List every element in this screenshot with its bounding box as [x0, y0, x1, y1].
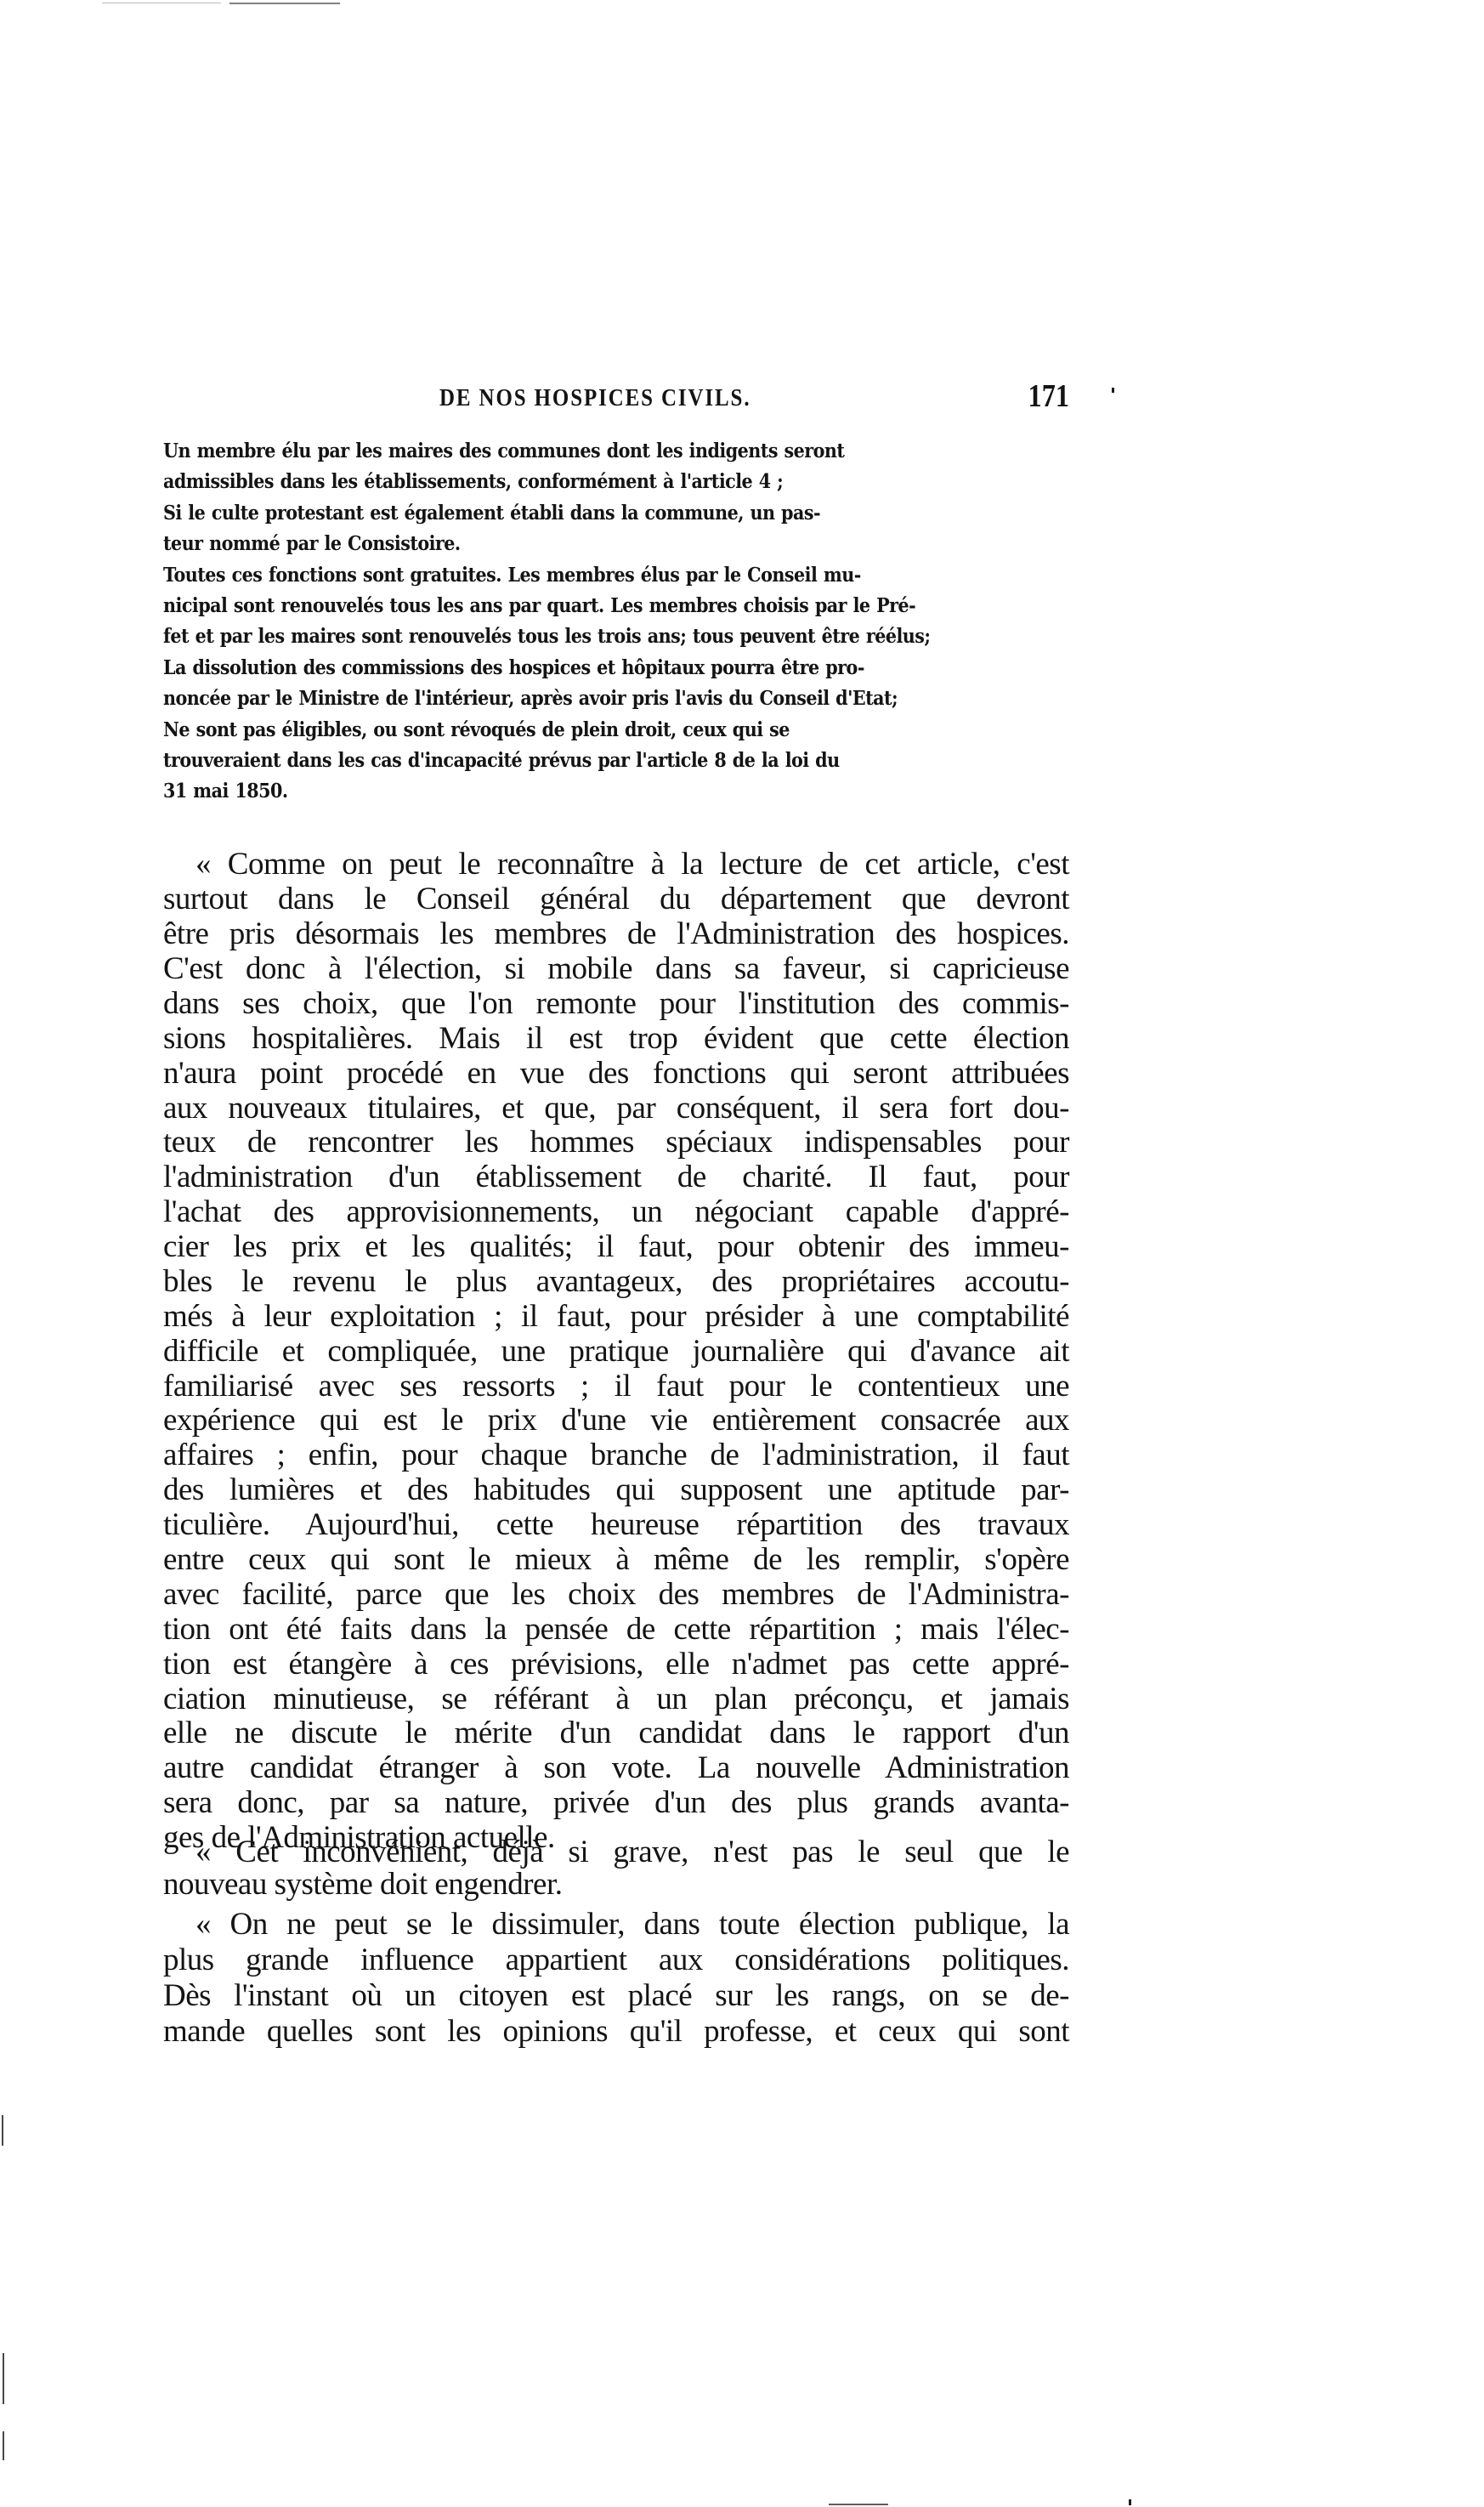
text-line: admissibles dans les établissements, con…	[163, 469, 1069, 495]
text-line: més à leur exploitation ; il faut, pour …	[163, 1299, 1069, 1335]
text-line: ticulière. Aujourd'hui, cette heureuse r…	[163, 1507, 1069, 1543]
text-line: mande quelles sont les opinions qu'il pr…	[163, 2014, 1069, 2050]
text-line: Si le culte protestant est également éta…	[163, 501, 1069, 526]
text-line: 31 mai 1850.	[163, 779, 1069, 804]
text-line: être pris désormais les membres de l'Adm…	[163, 916, 1069, 952]
text-line: l'administration d'un établissement de c…	[163, 1160, 1069, 1195]
text-line: n'aura point procédé en vue des fonction…	[163, 1056, 1069, 1092]
text-line: des lumières et des habitudes qui suppos…	[163, 1472, 1069, 1508]
text-line: affaires ; enfin, pour chaque branche de…	[163, 1438, 1069, 1473]
text-line: La dissolution des commissions des hospi…	[163, 655, 1069, 681]
text-line: difficile et compliquée, une pratique jo…	[163, 1334, 1069, 1370]
text-line: elle ne discute le mérite d'un candidat …	[163, 1716, 1069, 1751]
text-line: dans ses choix, que l'on remonte pour l'…	[163, 986, 1069, 1022]
scan-artifact-top-dots	[102, 3, 221, 3]
text-line: entre ceux qui sont le mieux à même de l…	[163, 1542, 1069, 1578]
text-line: avec facilité, parce que les choix des m…	[163, 1577, 1069, 1613]
text-line: expérience qui est le prix d'une vie ent…	[163, 1403, 1069, 1438]
text-line: tion est étangère à ces prévisions, elle…	[163, 1647, 1069, 1682]
scan-artifact-top	[229, 3, 340, 4]
text-line: bles le revenu le plus avantageux, des p…	[163, 1264, 1069, 1300]
scan-artifact-bottom	[829, 2504, 888, 2505]
text-line: « Comme on peut le reconnaître à la lect…	[163, 847, 1069, 882]
text-line: Un membre élu par les maires des commune…	[163, 439, 1069, 464]
text-line: cier les prix et les qualités; il faut, …	[163, 1229, 1069, 1265]
text-line: familiarisé avec ses ressorts ; il faut …	[163, 1369, 1069, 1404]
text-line: fet et par les maires sont renouvelés to…	[163, 624, 1069, 649]
text-line: teur nommé par le Consistoire.	[163, 531, 1069, 557]
scan-artifact-left-edge	[3, 2353, 4, 2404]
text-line: noncée par le Ministre de l'intérieur, a…	[163, 686, 1069, 712]
text-line: plus grande influence appartient aux con…	[163, 1943, 1069, 1978]
scan-artifact-left-edge	[2, 2115, 3, 2146]
text-line: Dès l'instant où un citoyen est placé su…	[163, 1978, 1069, 2014]
scan-artifact-left-edge	[3, 2431, 4, 2460]
text-line: ciation minutieuse, se référant à un pla…	[163, 1682, 1069, 1717]
text-line: surtout dans le Conseil général du dépar…	[163, 882, 1069, 917]
scan-artifact-bottom	[1129, 2499, 1131, 2505]
text-line: Ne sont pas éligibles, ou sont révoqués …	[163, 718, 1069, 743]
text-line: sera donc, par sa nature, privée d'un de…	[163, 1785, 1069, 1821]
text-line: aux nouveaux titulaires, et que, par con…	[163, 1091, 1069, 1126]
page-number: 171	[1028, 377, 1069, 415]
text-line: l'achat des approvisionnements, un négoc…	[163, 1194, 1069, 1230]
text-line: Toutes ces fonctions sont gratuites. Les…	[163, 563, 1069, 588]
text-line: nicipal sont renouvelés tous les ans par…	[163, 593, 1069, 619]
text-line: « Cet inconvénient, déjà si grave, n'est…	[163, 1835, 1069, 1870]
text-line: « On ne peut se le dissimuler, dans tout…	[163, 1907, 1069, 1943]
running-title: DE NOS HOSPICES CIVILS.	[439, 381, 750, 415]
scan-artifact-speck	[1112, 388, 1114, 393]
text-line: tion ont été faits dans la pensée de cet…	[163, 1612, 1069, 1648]
text-line: autre candidat étranger à son vote. La n…	[163, 1750, 1069, 1786]
running-head: DE NOS HOSPICES CIVILS. 171	[163, 381, 1069, 415]
text-line: teux de rencontrer les hommes spéciaux i…	[163, 1125, 1069, 1160]
text-line: trouveraient dans les cas d'incapacité p…	[163, 748, 1069, 774]
text-line: sions hospitalières. Mais il est trop év…	[163, 1021, 1069, 1057]
text-line: C'est donc à l'élection, si mobile dans …	[163, 951, 1069, 987]
text-line: nouveau système doit engendrer.	[163, 1867, 1069, 1903]
scanned-book-page: DE NOS HOSPICES CIVILS. 171 Un membre él…	[0, 0, 1484, 2507]
